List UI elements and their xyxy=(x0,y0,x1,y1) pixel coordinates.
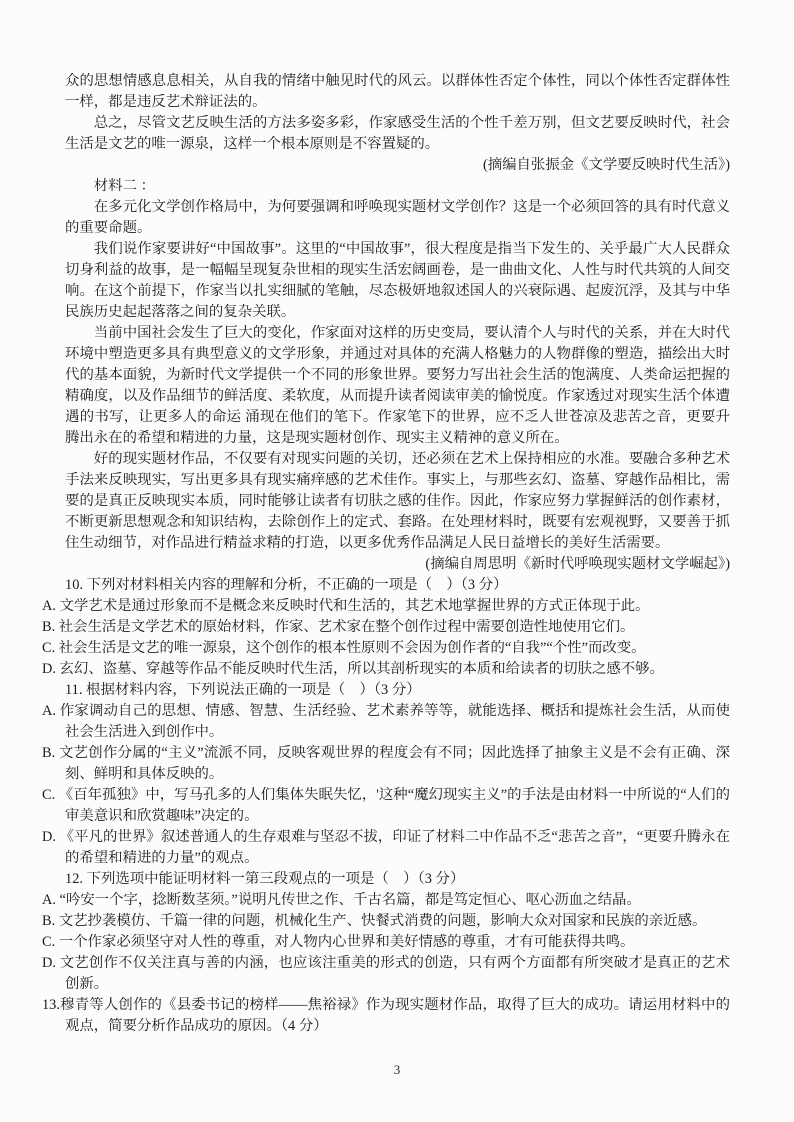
question-11-option-c: C. 《百年孤独》中，写马孔多的人们集体失眠失忆，'这种“魔幻现实主义”的手法是… xyxy=(65,785,730,827)
passage2-paragraph-4: 好的现实题材作品，不仅要有对现实问题的关切，还必须在艺术上保持相应的水准。要融合… xyxy=(65,449,730,554)
passage2-paragraph-2: 我们说作家要讲好“中国故事”。这里的“中国故事”，很大程度是指当下发生的、关乎最… xyxy=(65,239,730,323)
question-10-option-c: C. 社会生活是文艺的唯一源泉，这个创作的根本性原则不会因为创作者的“自我”“个… xyxy=(65,638,730,659)
passage1-closing-paragraph: 总之，尽管文艺反映生活的方法多姿多彩，作家感受生活的个性千差万别，但文艺要反映时… xyxy=(65,113,730,155)
question-12-option-a: A. “吟安一个字，捻断数茎须。”说明凡传世之作、千古名篇，都是笃定恒心、呕心沥… xyxy=(65,890,730,911)
passage2-heading: 材料二 ： xyxy=(65,176,730,197)
passage1-continuation-paragraph: 众的思想情感息息相关，从自我的情绪中触见时代的风云。以群体性否定个体性，同以个体… xyxy=(65,71,730,113)
question-11-option-d: D. 《平凡的世界》叙述普通人的生存艰难与坚忍不拔，印证了材料二中作品不乏“悲苦… xyxy=(65,827,730,869)
exam-text-body: 众的思想情感息息相关，从自我的情绪中触见时代的风云。以群体性否定个体性，同以个体… xyxy=(65,71,730,1037)
question-10-option-d: D. 玄幻、盗墓、穿越等作品不能反映时代生活，所以其剖析现实的本质和给读者的切肤… xyxy=(65,659,730,680)
passage2-source-citation: (摘编自周思明《新时代呼唤现实题材文学崛起》) xyxy=(65,554,730,575)
page-number: 3 xyxy=(0,1062,794,1078)
question-12-option-c: C. 一个作家必须坚守对人性的尊重，对人物内心世界和美好情感的尊重，才有可能获得… xyxy=(65,932,730,953)
question-12-option-d: D. 文艺创作不仅关注真与善的内涵，也应该注重美的形式的创造，只有两个方面都有所… xyxy=(65,953,730,995)
document-page: 众的思想情感息息相关，从自我的情绪中触见时代的风云。以群体性否定个体性，同以个体… xyxy=(0,0,794,1122)
passage1-source-citation: (摘编自张振金《文学要反映时代生活》) xyxy=(65,155,730,176)
question-10-option-b: B. 社会生活是文学艺术的原始材料，作家、艺术家在整个创作过程中需要创造性地使用… xyxy=(65,617,730,638)
question-10-stem: 10. 下列对材料相关内容的理解和分析，不正确的一项是（ ）（3 分） xyxy=(65,575,730,596)
passage2-paragraph-1: 在多元化文学创作格局中，为何要强调和呼唤现实题材文学创作？这是一个必须回答的具有… xyxy=(65,197,730,239)
question-12-option-b: B. 文艺抄袭模仿、千篇一律的问题，机械化生产、快餐式消费的问题，影响大众对国家… xyxy=(65,911,730,932)
question-10-option-a: A. 文学艺术是通过形象而不是概念来反映时代和生活的，其艺术地掌握世界的方式正体… xyxy=(65,596,730,617)
question-11-stem: 11. 根据材料内容，下列说法正确的一项是（ ）（3 分） xyxy=(65,680,730,701)
question-12-stem: 12. 下列选项中能证明材料一第三段观点的一项是（ ）（3 分） xyxy=(65,869,730,890)
question-11-option-b: B. 文艺创作分属的“主义”流派不同，反映客观世界的程度会有不同；因此选择了抽象… xyxy=(65,743,730,785)
passage2-paragraph-3: 当前中国社会发生了巨大的变化，作家面对这样的历史变局，要认清个人与时代的关系，并… xyxy=(65,323,730,449)
question-11-option-a: A. 作家调动自己的思想、情感、智慧、生活经验、艺术素养等等，就能选择、概括和提… xyxy=(65,701,730,743)
question-13-stem: 13.穆青等人创作的《县委书记的榜样——焦裕禄》作为现实题材作品，取得了巨大的成… xyxy=(65,995,730,1037)
